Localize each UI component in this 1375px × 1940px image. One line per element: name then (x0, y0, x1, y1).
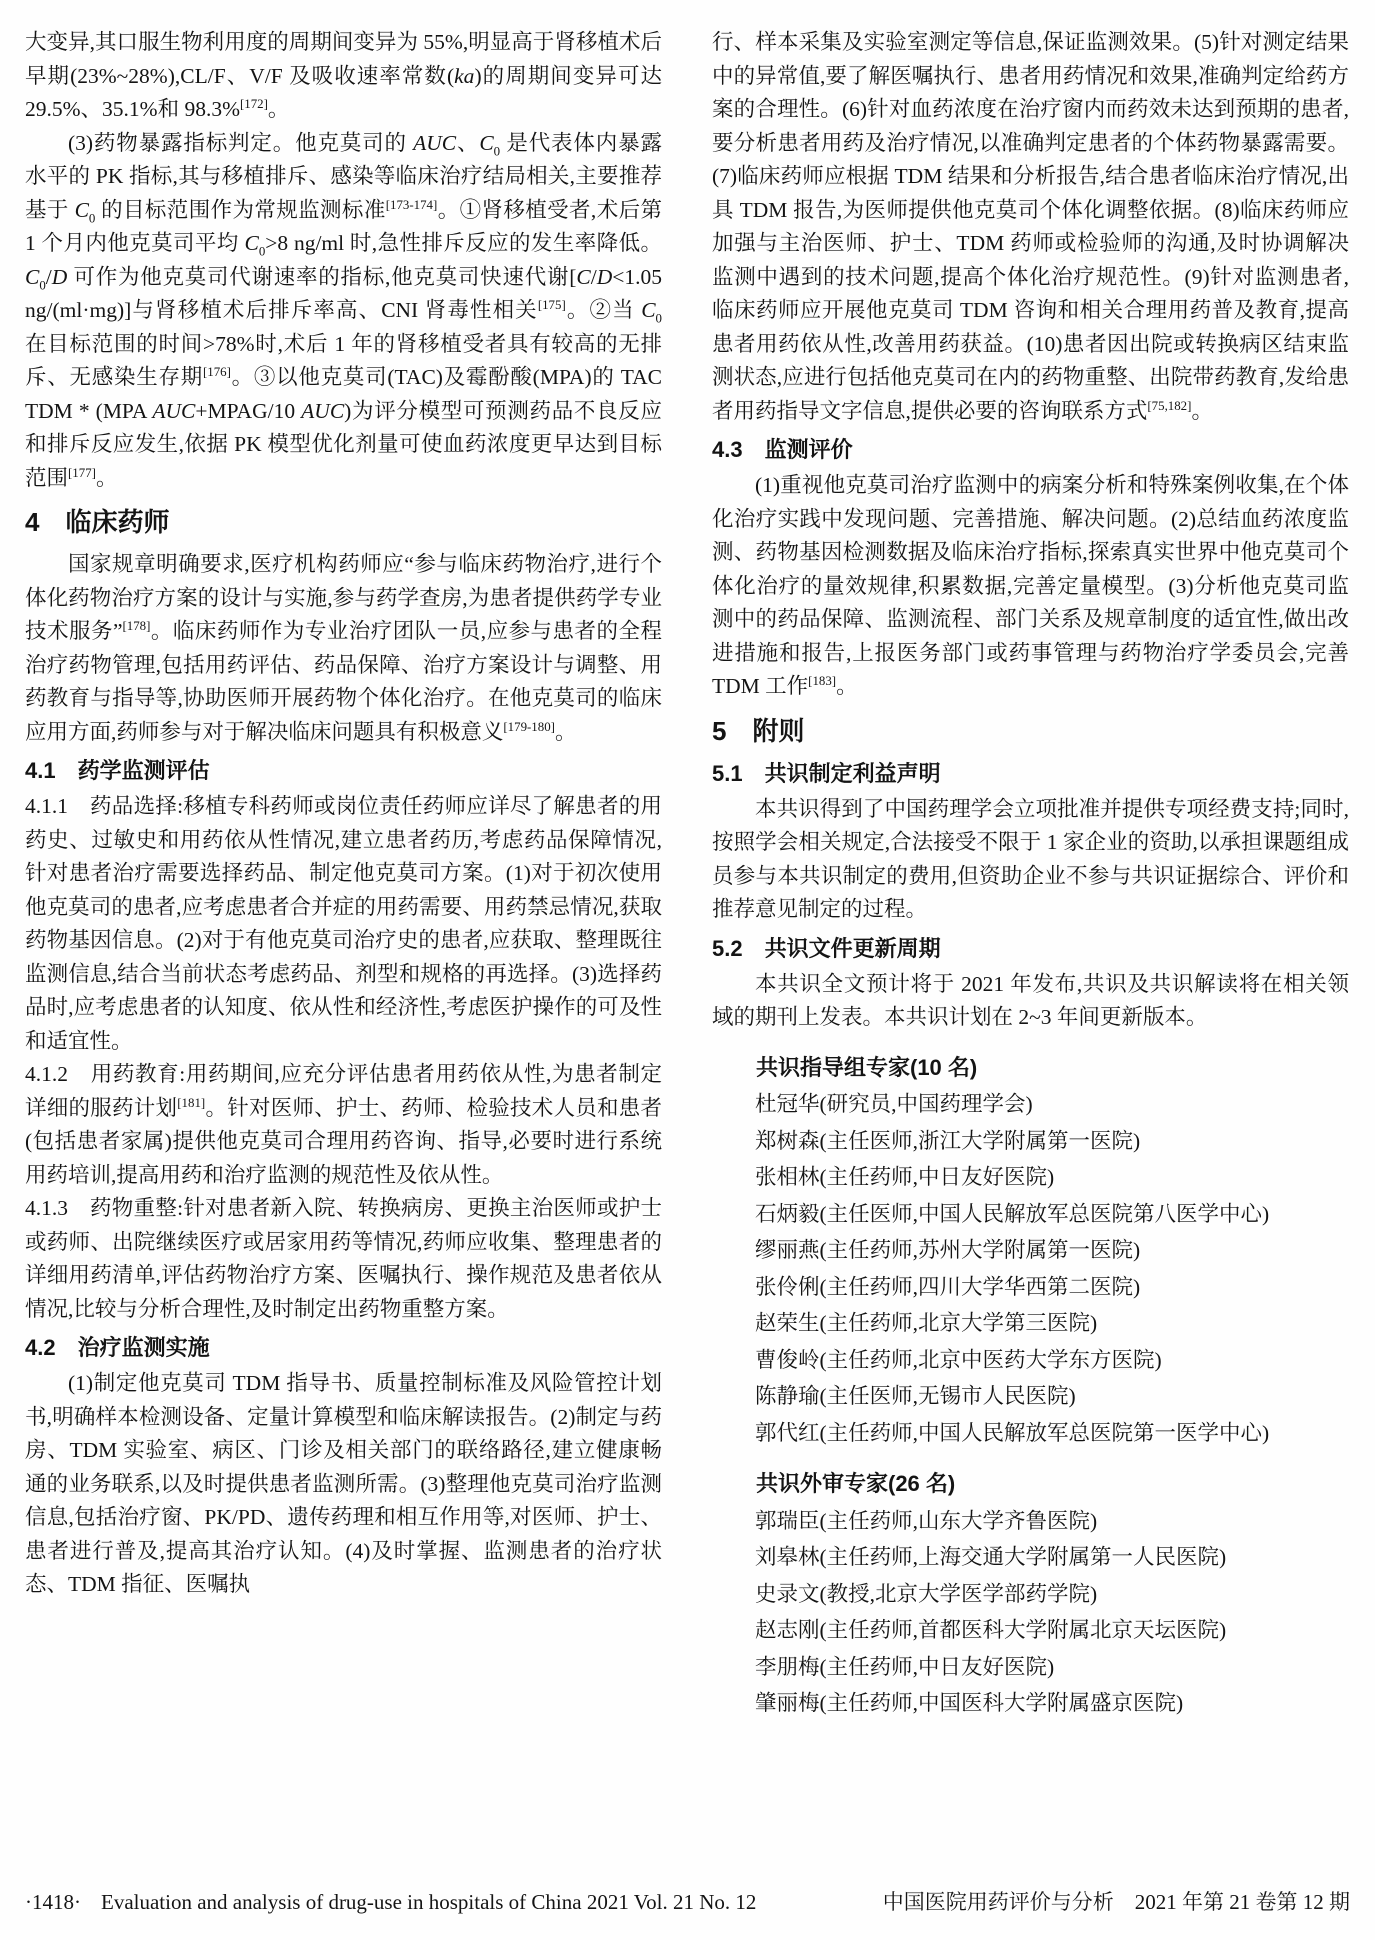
heading-section-4: 4 临床药师 (25, 504, 662, 541)
expert-item: 曹俊岭(主任药师,北京中医药大学东方医院) (712, 1342, 1349, 1379)
expert-item: 郑树森(主任医师,浙江大学附属第一医院) (712, 1123, 1349, 1160)
left-column: 大变异,其口服生物利用度的周期间变异为 55%,明显高于肾移植术后早期(23%~… (25, 26, 662, 1722)
expert-item: 张相林(主任药师,中日友好医院) (712, 1159, 1349, 1196)
para-continuation-bioavailability: 大变异,其口服生物利用度的周期间变异为 55%,明显高于肾移植术后早期(23%~… (25, 26, 662, 127)
para-drug-exposure-index: (3)药物暴露指标判定。他克莫司的 AUC、C0 是代表体内暴露水平的 PK 指… (25, 127, 662, 496)
expert-item: 史录文(教授,北京大学医学部药学院) (712, 1576, 1349, 1613)
para-4-3-monitoring-evaluation: (1)重视他克莫司治疗监测中的病案分析和特殊案例收集,在个体化治疗实践中发现问题… (712, 469, 1349, 704)
heading-section-5-2: 5.2 共识文件更新周期 (712, 932, 1349, 965)
footer-journal-cn: 中国医院用药评价与分析 2021 年第 21 卷第 12 期 (883, 1886, 1350, 1916)
heading-section-5-1: 5.1 共识制定利益声明 (712, 757, 1349, 790)
expert-item: 赵志刚(主任药师,首都医科大学附属北京天坛医院) (712, 1612, 1349, 1649)
heading-section-5: 5 附则 (712, 713, 1349, 750)
expert-item: 石炳毅(主任医师,中国人民解放军总医院第八医学中心) (712, 1196, 1349, 1233)
two-column-body: 大变异,其口服生物利用度的周期间变异为 55%,明显高于肾移植术后早期(23%~… (0, 0, 1375, 1722)
expert-item: 肇丽梅(主任药师,中国医科大学附属盛京医院) (712, 1685, 1349, 1722)
para-4-1-2-medication-education: 4.1.2 用药教育:用药期间,应充分评估患者用药依从性,为患者制定详细的服药计… (25, 1058, 662, 1192)
journal-page: 大变异,其口服生物利用度的周期间变异为 55%,明显高于肾移植术后早期(23%~… (0, 0, 1375, 1940)
expert-item: 赵荣生(主任药师,北京大学第三医院) (712, 1305, 1349, 1342)
experts-review-heading: 共识外审专家(26 名) (712, 1466, 1349, 1503)
para-5-2-update-cycle: 本共识全文预计将于 2021 年发布,共识及共识解读将在相关领域的期刊上发表。本… (712, 968, 1349, 1035)
para-4-1-3-medication-reconciliation: 4.1.3 药物重整:针对患者新入院、转换病房、更换主治医师或护士或药师、出院继… (25, 1192, 662, 1326)
experts-guidance-heading: 共识指导组专家(10 名) (712, 1050, 1349, 1087)
footer-left: ·1418· Evaluation and analysis of drug-u… (25, 1890, 756, 1915)
expert-item: 郭代红(主任药师,中国人民解放军总医院第一医学中心) (712, 1415, 1349, 1452)
expert-item: 张伶俐(主任药师,四川大学华西第二医院) (712, 1269, 1349, 1306)
heading-section-4-3: 4.3 监测评价 (712, 433, 1349, 466)
para-national-regulations: 国家规章明确要求,医疗机构药师应“参与临床药物治疗,进行个体化药物治疗方案的设计… (25, 548, 662, 749)
expert-item: 杜冠华(研究员,中国药理学会) (712, 1086, 1349, 1123)
expert-item: 缪丽燕(主任药师,苏州大学附属第一医院) (712, 1232, 1349, 1269)
heading-section-4-2: 4.2 治疗监测实施 (25, 1331, 662, 1364)
para-5-1-conflict-statement: 本共识得到了中国药理学会立项批准并提供专项经费支持;同时,按照学会相关规定,合法… (712, 793, 1349, 927)
right-column: 行、样本采集及实验室测定等信息,保证监测效果。(5)针对测定结果中的异常值,要了… (712, 26, 1349, 1722)
para-4-1-1-drug-selection: 4.1.1 药品选择:移植专科药师或岗位责任药师应详尽了解患者的用药史、过敏史和… (25, 790, 662, 1058)
footer-journal-en: Evaluation and analysis of drug-use in h… (101, 1890, 756, 1915)
expert-item: 刘皋林(主任药师,上海交通大学附属第一人民医院) (712, 1539, 1349, 1576)
heading-section-4-1: 4.1 药学监测评估 (25, 754, 662, 787)
para-4-2-items-1-4: (1)制定他克莫司 TDM 指导书、质量控制标准及风险管控计划书,明确样本检测设… (25, 1367, 662, 1602)
page-number: ·1418· (25, 1890, 81, 1915)
page-footer: ·1418· Evaluation and analysis of drug-u… (25, 1886, 1350, 1916)
expert-item: 陈静瑜(主任医师,无锡市人民医院) (712, 1378, 1349, 1415)
expert-item: 郭瑞臣(主任药师,山东大学齐鲁医院) (712, 1503, 1349, 1540)
para-4-2-items-5-10: 行、样本采集及实验室测定等信息,保证监测效果。(5)针对测定结果中的异常值,要了… (712, 26, 1349, 428)
expert-item: 李朋梅(主任药师,中日友好医院) (712, 1649, 1349, 1686)
